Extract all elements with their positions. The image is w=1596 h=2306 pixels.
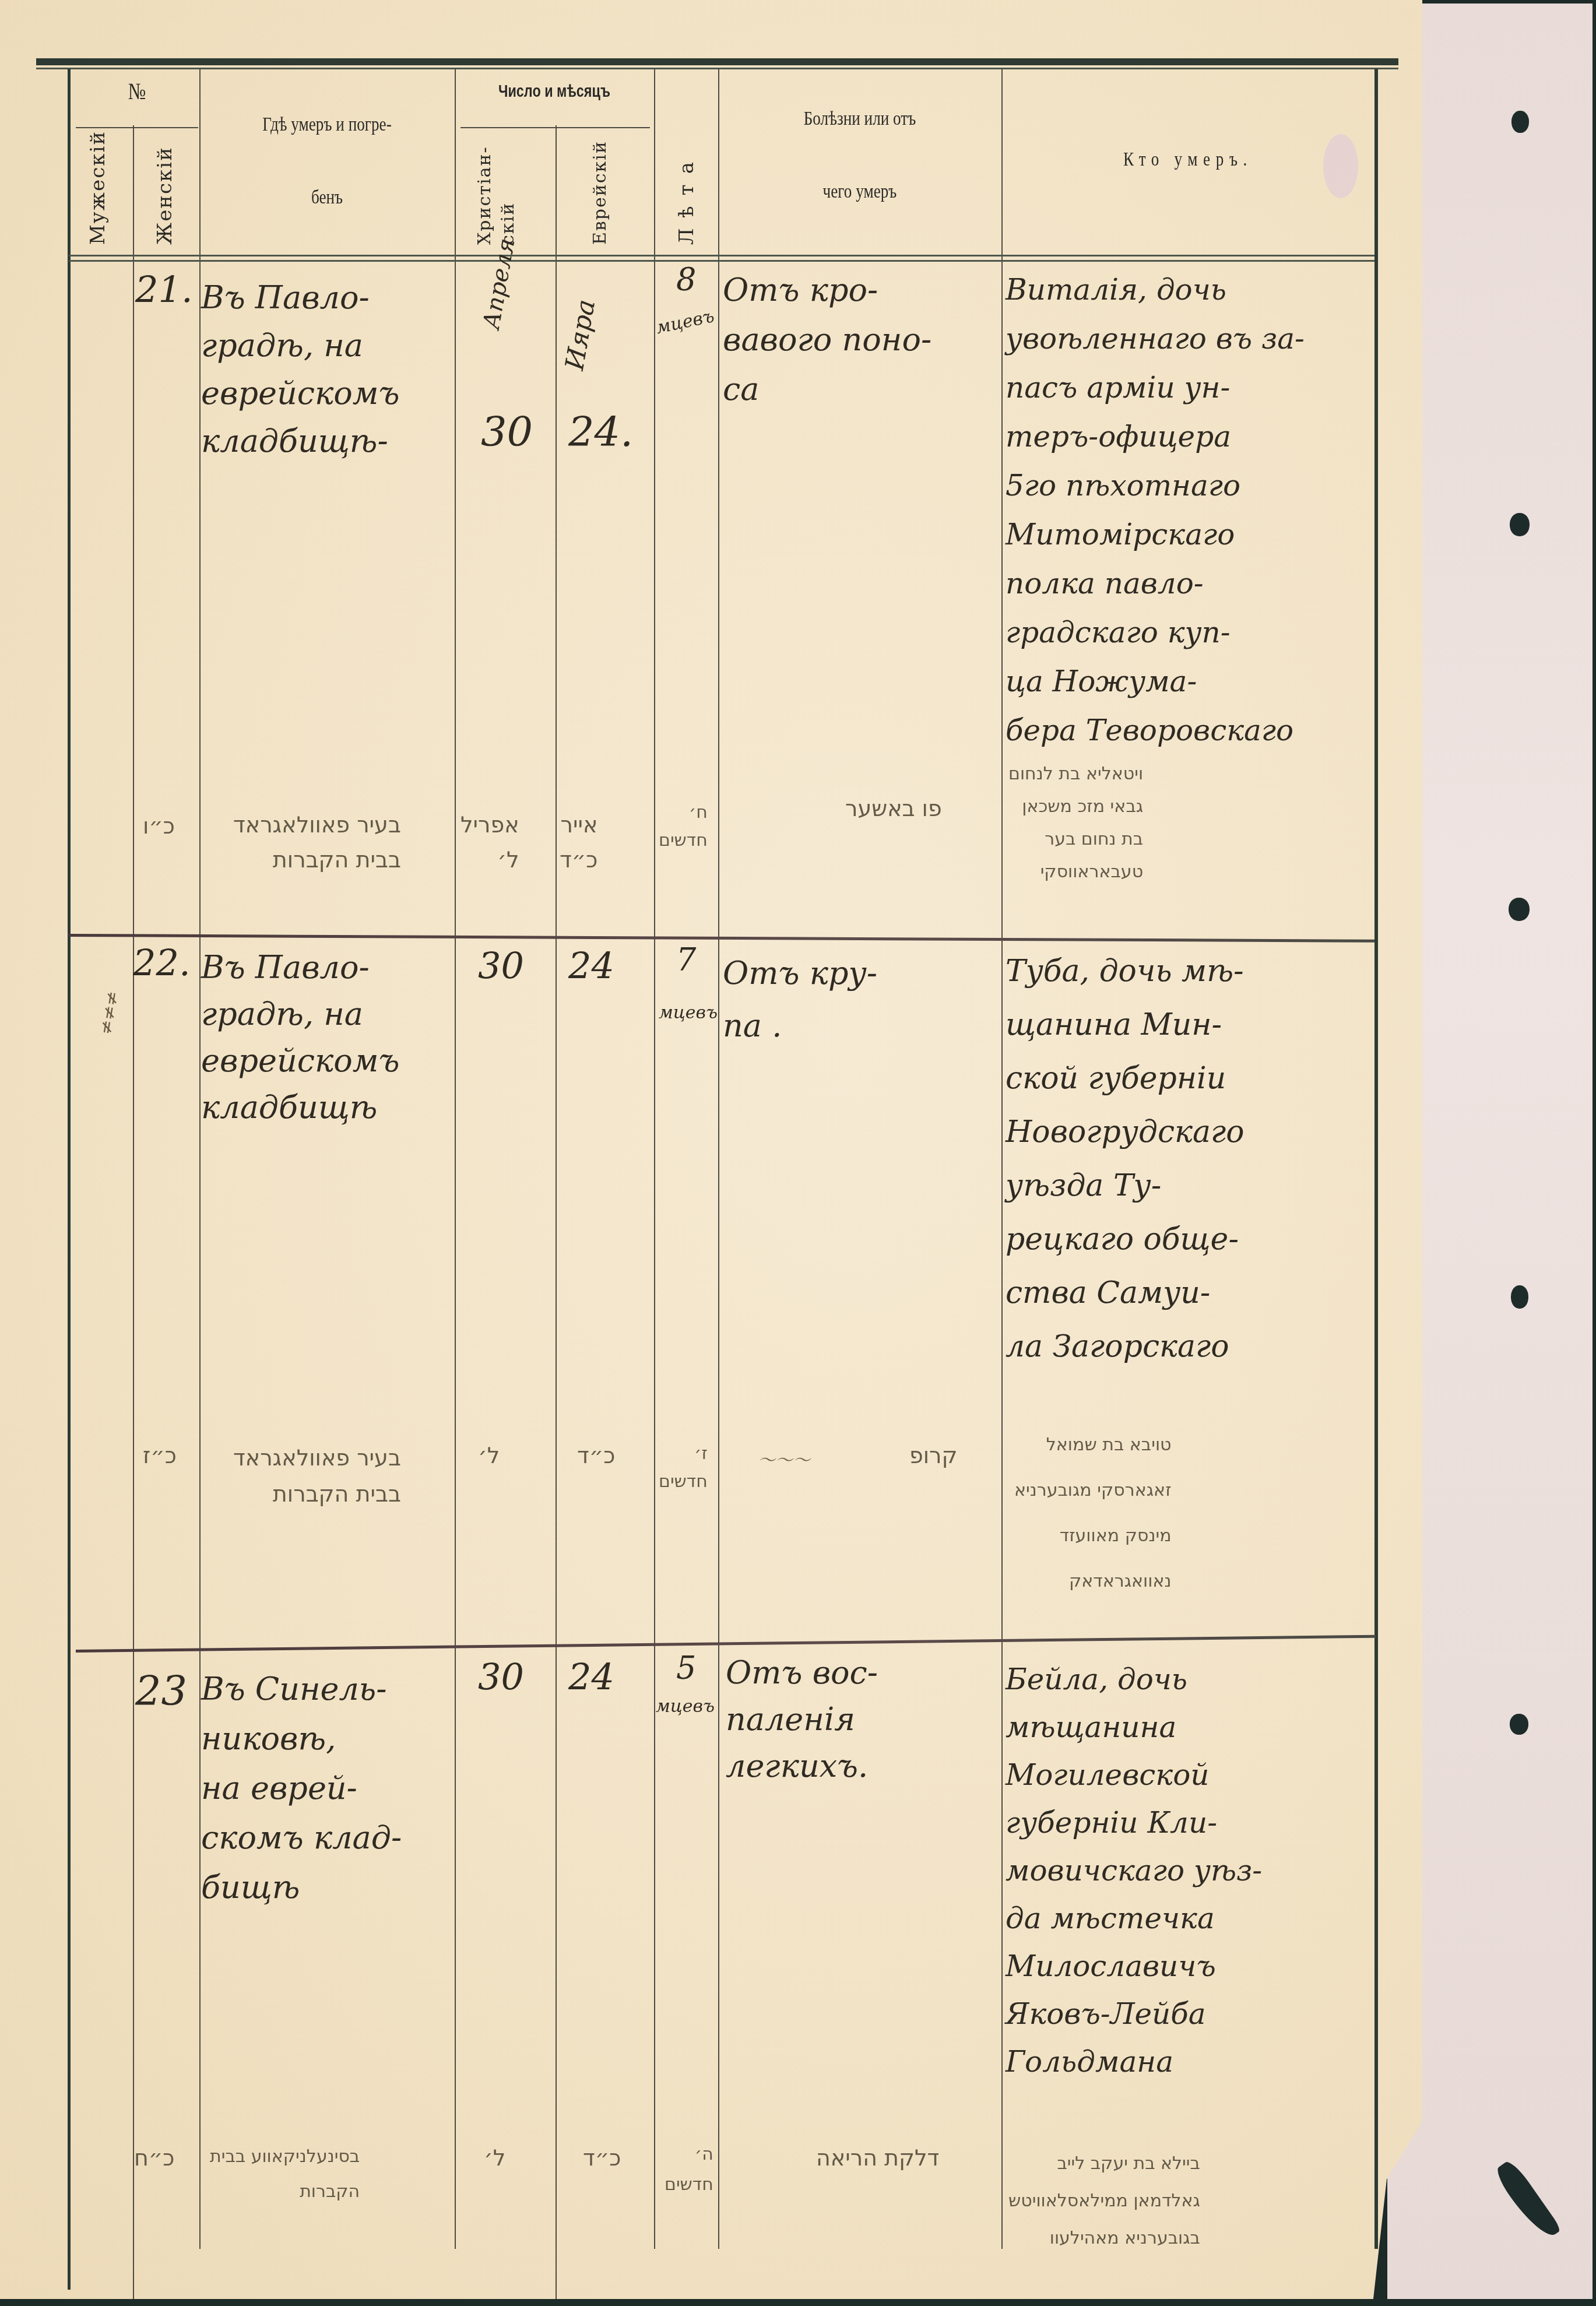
who-line: Виталія, дочь [1006,265,1305,314]
hebrew-jewish-date: כ״ד [577,1443,615,1468]
hebrew-line: ל׳ [460,842,519,877]
who-line: Могилевской [1006,1751,1262,1799]
where-line: еврейскомъ [201,1038,399,1084]
hebrew-line: בעיר פאוולאגראד [233,1440,401,1476]
cause-line: легкихъ. [726,1743,878,1790]
header-sub-rule [76,127,198,128]
hebrew-line: ז׳ [659,1440,708,1468]
where-line: еврейскомъ [201,370,399,417]
hebrew-cause: קרופ [909,1443,958,1468]
deceased-description: Бейла, дочь мѣщанина Могилевской губерні… [1006,1655,1262,2086]
hebrew-line: כ״ד [560,842,597,877]
who-line: ства Самуи- [1006,1266,1245,1320]
header-bottom-rule [69,260,1374,262]
header-who: Кто умеръ. [1039,149,1337,170]
hebrew-christian-date: אפריל ל׳ [460,807,519,877]
col-line [718,69,719,2249]
hebrew-jewish-date: אייר כ״ד [560,807,597,877]
cause-line: Отъ вос- [726,1650,878,1696]
who-line: полка павло- [1006,559,1305,608]
punch-hole [1511,111,1529,133]
burial-place: Въ Павло- градѣ, на еврейскомъ кладбищѣ [201,944,399,1131]
who-line: да мѣстечка [1006,1894,1262,1942]
col-line [654,69,655,2249]
who-line: градскаго куп- [1006,608,1305,657]
hebrew-line: טויבא בת שמואל [1014,1422,1172,1468]
table-border-right [1374,69,1378,2249]
deceased-description: Туба, дочь мѣ- щанина Мин- ской губерніи… [1006,944,1245,1373]
who-line: губерніи Кли- [1006,1799,1262,1847]
row-separator [69,934,1374,943]
punch-hole [1510,1714,1528,1735]
who-line: ской губерніи [1006,1052,1245,1105]
where-line: градѣ, на [201,991,399,1038]
record-number: 22. [133,941,191,984]
punch-hole [1509,898,1530,921]
cause-line: са [723,364,931,414]
hebrew-line: בסינעלניקאווע בבית [210,2139,360,2174]
hebrew-burial-place: בעיר פאוולאגראד בבית הקברות [233,1440,401,1512]
who-line: Милославичъ [1006,1942,1262,1990]
age-value: 5 [676,1650,696,1686]
hebrew-line: גבאי מזכ משכאן [1008,790,1143,823]
where-line: кладбищѣ- [201,417,399,465]
hebrew-line: אייר [560,807,597,842]
who-line: мѣщанина [1006,1703,1262,1751]
hebrew-line: הקברות [210,2174,360,2209]
where-line: Въ Синель- [201,1664,402,1714]
hebrew-age: ה׳ חדשים [665,2139,713,2200]
hebrew-line: אפריל [460,807,519,842]
hebrew-number: כ״ז [143,1443,177,1468]
hebrew-line: טעבאראווסקי [1008,856,1143,888]
who-line: бера Теворовскаго [1006,706,1305,755]
jewish-day: 24 [568,1655,614,1698]
header-date: Число и мѣсяцъ [477,82,632,101]
top-rule [36,58,1398,65]
hebrew-line: בבית הקברות [233,842,401,877]
who-line: ла Загорскаго [1006,1320,1245,1373]
christian-day: 30 [478,1655,524,1698]
header-bottom-rule [69,255,1374,256]
who-line: теръ-офицера [1006,412,1305,461]
who-line: Новогрудскаго [1006,1105,1245,1159]
col-line [556,125,557,2305]
hebrew-burial-place: בעיר פאוולאגראד בבית הקברות [233,807,401,877]
burial-place: Въ Павло- градѣ, на еврейскомъ кладбищѣ- [201,274,399,465]
where-line: на еврей- [201,1763,402,1813]
header-christian: Христіан-скій [473,134,526,245]
cause-dash: 〜〜〜 [758,1446,810,1471]
where-line: градѣ, на [201,322,399,370]
hebrew-deceased: טויבא בת שמואל זאגארסקי מגובערניא מינסק … [1014,1422,1172,1604]
cause-line: Отъ кро- [723,265,931,315]
who-line: Митомірскаго [1006,510,1305,559]
where-line: никовѣ, [201,1714,402,1763]
scan-frame-bottom [0,2299,1596,2306]
hebrew-number: כ״ו [143,813,175,839]
christian-month: Апреля [478,236,521,331]
age-value: 8 [676,261,696,298]
age-unit: мцевъ [659,1003,718,1023]
header-male: Мужескій [86,146,110,245]
table-border-left [68,69,71,2290]
who-line: рецкаго обще- [1006,1212,1245,1266]
hebrew-line: חדשים [665,2170,713,2200]
margin-mark: ≠≠≠ [96,989,124,1036]
hebrew-line: נאוואגראדאק [1014,1559,1172,1604]
christian-day: 30 [481,408,533,456]
who-line: Бейла, дочь [1006,1655,1262,1703]
age-value: 7 [676,941,696,978]
hebrew-cause: פו באשער [845,796,942,821]
cause-line: вавого поно- [723,315,931,364]
hebrew-cause: דלקת הריאה [816,2145,939,2171]
who-line: Яковъ-Лейба [1006,1990,1262,2038]
header-cause-line2: чего умеръ [747,181,973,202]
top-rule-thin [36,68,1398,69]
hebrew-age: ז׳ חדשים [659,1440,708,1496]
hebrew-line: זאגארסקי מגובערניא [1014,1468,1172,1513]
age-unit: мцевъ [656,1696,715,1717]
hebrew-line: ח׳ [659,799,708,827]
hebrew-line: ויטאליא בת לנחום [1008,758,1143,790]
where-line: Въ Павло- [201,274,399,322]
hebrew-age: ח׳ חדשים [659,799,708,855]
header-where-line2: бенъ [225,187,429,208]
hebrew-christian-date: ל׳ [484,2145,505,2171]
record-number: 21. [135,268,193,311]
header-jewish: Еврейскій [590,140,610,245]
hebrew-line: ה׳ [665,2139,713,2170]
where-line: Въ Павло- [201,944,399,991]
burial-place: Въ Синель- никовѣ, на еврей- скомъ клад-… [201,1664,402,1912]
hebrew-line: בת נחום בער [1008,823,1143,856]
header-sub-rule [460,127,650,128]
header-cause-line1: Болѣзни или отъ [747,108,973,129]
hebrew-deceased: ביילא בת יעקב לייב גאלדמאן ממילאסלאוויטש… [1008,2145,1200,2257]
hebrew-line: מינסק מאוועזד [1014,1513,1172,1559]
col-line [133,125,134,2305]
hebrew-line: חדשים [659,827,708,855]
cause-line: Отъ кру- [723,947,877,1000]
where-line: кладбищѣ [201,1084,399,1131]
header-number: № [88,79,186,104]
hebrew-burial-place: בסינעלניקאווע בבית הקברות [210,2139,360,2209]
who-line: уѣзда Ту- [1006,1159,1245,1212]
hebrew-line: גאלדמאן ממילאסלאוויטש [1008,2182,1200,2220]
hebrew-line: ביילא בת יעקב לייב [1008,2145,1200,2182]
deceased-description: Виталія, дочь увоѣленнаго въ за- пасъ ар… [1006,265,1305,755]
hebrew-line: חדשים [659,1468,708,1496]
record-number: 23 [135,1667,187,1715]
col-line [199,69,201,2249]
hebrew-deceased: ויטאליא בת לנחום גבאי מזכ משכאן בת נחום … [1008,758,1143,888]
register-page: № Мужескій Женскій Гдѣ умеръ и погре- бе… [0,0,1422,2306]
where-line: скомъ клад- [201,1813,402,1862]
hebrew-jewish-date: כ״ד [583,2145,621,2171]
who-line: Туба, дочь мѣ- [1006,944,1245,998]
who-line: увоѣленнаго въ за- [1006,314,1305,363]
col-line [455,69,456,2249]
header-where-line1: Гдѣ умеръ и погре- [225,114,429,135]
where-line: бищѣ [201,1862,402,1912]
header-female: Женскій [153,152,177,245]
jewish-day: 24 [568,944,614,987]
header-age: Лѣта [675,140,698,245]
cause-of-death: Отъ кру- па . [723,947,877,1052]
punch-hole [1511,1285,1528,1309]
who-line: пасъ арміи ун- [1006,363,1305,412]
cause-of-death: Отъ вос- паленія легкихъ. [726,1650,878,1790]
christian-day: 30 [478,944,524,987]
cause-of-death: Отъ кро- вавого поно- са [723,265,931,414]
who-line: мовичскаго уѣз- [1006,1847,1262,1894]
who-line: ца Ножума- [1006,657,1305,706]
jewish-day: 24. [568,408,633,456]
col-line [1001,69,1003,2249]
hebrew-line: בבית הקברות [233,1476,401,1512]
who-line: Гольдмана [1006,2038,1262,2086]
age-unit: мцевъ [654,306,716,338]
hebrew-line: בגובערניא מאהילעוו [1008,2220,1200,2257]
cause-line: паленія [726,1696,878,1743]
hebrew-number: כ״ח [134,2145,174,2171]
cause-line: па . [723,1000,877,1052]
who-line: 5го пѣхотнаго [1006,461,1305,510]
who-line: щанина Мин- [1006,998,1245,1052]
punch-hole [1510,513,1530,536]
hebrew-line: בעיר פאוולאגראד [233,807,401,842]
jewish-month: Ияра [560,297,601,372]
hebrew-christian-date: ל׳ [478,1443,500,1468]
